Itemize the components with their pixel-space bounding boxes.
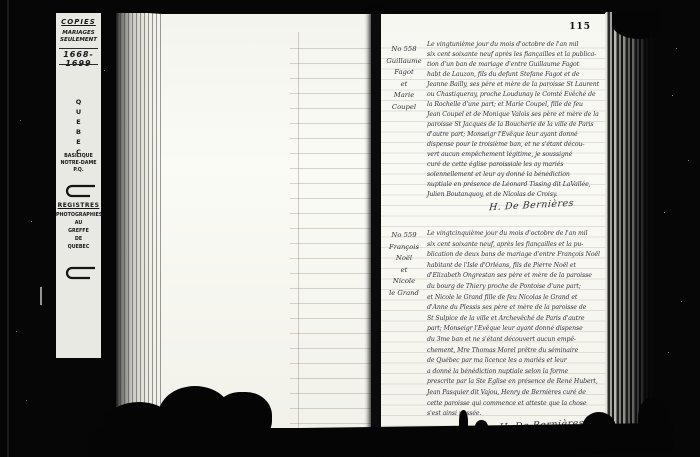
- register-right-page: 115 No 558GuillaumeFagotetMarieCoupel Le…: [381, 14, 605, 444]
- book-gutter-shadow: [371, 11, 381, 448]
- page-number: 115: [569, 22, 591, 32]
- shadow-bump: [327, 430, 339, 440]
- margin-note-line: Guillaume: [383, 56, 425, 68]
- handwritten-line: six cent soixante neuf, après les fiança…: [427, 240, 605, 251]
- handwritten-line: Julien Boutanquoy, et de Nicolas de Croi…: [427, 190, 605, 200]
- paperclip-icon: [63, 183, 97, 199]
- label-registry-line: AU: [56, 220, 101, 228]
- handwritten-line: dispense pour le troisième ban, et ne s'…: [427, 140, 605, 150]
- label-vertical-letter: B: [56, 127, 101, 137]
- handwritten-line: part; Monseigr l'Evêque leur ayant donné…: [427, 324, 605, 335]
- handwritten-line: d'Anne du Plessis ses père et mère de la…: [427, 303, 605, 314]
- handwritten-line: St Sulpice de la ville et Archevêché de …: [427, 314, 605, 325]
- label-years-range: 1668-1699: [56, 50, 101, 68]
- label-registry-line: PHOTOGRAPHIES: [56, 212, 101, 220]
- label-vertical-letter: E: [56, 137, 101, 147]
- handwritten-line: nuptiale en présence de Léonard Tissing …: [427, 180, 605, 190]
- handwritten-line: de Québec par ma licence les a mariés et…: [427, 356, 605, 367]
- handwritten-line: Jean Coupel et de Monique Valois ses pèr…: [427, 110, 605, 120]
- label-registry-location: PHOTOGRAPHIESAUGREFFEDEQUEBEC: [56, 212, 101, 252]
- label-divider: [59, 64, 98, 65]
- book-binding-edge: [116, 13, 162, 443]
- book-fore-edge-pages: [605, 12, 653, 450]
- film-scratch-mark: [40, 287, 42, 305]
- margin-note-line: Coupel: [383, 102, 425, 114]
- handwritten-line: cette paroisse qui commence et atteste q…: [427, 399, 605, 410]
- label-subtitle-line: SEULEMENT: [56, 37, 101, 44]
- label-registres-title: REGISTRES: [56, 202, 101, 209]
- margin-note-line: Noël: [383, 253, 425, 265]
- handwritten-line: curé de cette église paroissiale les ay …: [427, 160, 605, 170]
- handwritten-line: Le vingtunième jour du mois d'octobre de…: [427, 40, 605, 50]
- label-quebec-vertical: QUEBEC: [56, 97, 101, 157]
- label-vertical-letter: U: [56, 107, 101, 117]
- shadow-bump: [459, 410, 468, 436]
- shadow-bump: [398, 429, 409, 440]
- archive-label-strip: COPIES MARIAGESSEULEMENT 1668-1699 QUEBE…: [56, 13, 101, 358]
- entry-559-margin-notes: No 559FrançoisNoëletNicolele Grand: [383, 230, 425, 299]
- label-vertical-letter: Q: [56, 97, 101, 107]
- handwritten-line: habitant de l'Isle d'Orléans, fils de Pi…: [427, 261, 605, 272]
- dust-speckles: [0, 0, 1, 1]
- handwritten-line: a donné la bénédiction nuptiale selon la…: [427, 367, 605, 378]
- handwritten-line: du bourg de Thiery proche de Pontoise d'…: [427, 282, 605, 293]
- label-registry-line: GREFFE: [56, 228, 101, 236]
- handwritten-line: habt de Lauzon, fils du defunt Stefane F…: [427, 70, 605, 80]
- margin-note-line: No 559: [383, 230, 425, 242]
- handwritten-line: vert aucun empêchement légitime, je sous…: [427, 150, 605, 160]
- ruled-lines: [290, 34, 372, 433]
- handwritten-line: chement, Mre Thomas Morel prêtre du sémi…: [427, 346, 605, 357]
- entry-559-handwritten-text: Le vingtcinquième jour du mois d'octobre…: [427, 229, 605, 420]
- label-copies-title: COPIES: [56, 18, 101, 26]
- margin-note-line: Nicole: [383, 276, 425, 288]
- label-parish-line: P.Q.: [56, 167, 101, 174]
- margin-note-line: Fagot: [383, 67, 425, 79]
- handwritten-line: Jean Pasquier dit Vajou, Henry de Berniè…: [427, 388, 605, 399]
- shadow-bump: [582, 412, 616, 444]
- label-subtitle-line: MARIAGES: [56, 30, 101, 37]
- margin-note-line: Marie: [383, 90, 425, 102]
- entry-558-margin-notes: No 558GuillaumeFagotetMarieCoupel: [383, 44, 425, 113]
- entry-558-handwritten-text: Le vingtunième jour du mois d'octobre de…: [427, 40, 605, 200]
- film-edge-line: [7, 0, 9, 457]
- handwritten-line: solennellement et leur ay donné la bénéd…: [427, 170, 605, 180]
- margin-note-line: No 558: [383, 44, 425, 56]
- handwritten-line: paroisse St Jacques de la Boucherie de l…: [427, 120, 605, 130]
- margin-note-line: et: [383, 79, 425, 91]
- label-registry-line: QUEBEC: [56, 244, 101, 252]
- shadow-bump: [638, 398, 668, 450]
- handwritten-line: d'Elizabeth Ongrestan ses père et mère d…: [427, 271, 605, 282]
- handwritten-line: blication de deux bans de mariage d'entr…: [427, 250, 605, 261]
- handwritten-line: prescrite par la Ste Eglise en présence …: [427, 377, 605, 388]
- handwritten-line: ou Chastiqueray, proche Loudunay le Comt…: [427, 90, 605, 100]
- label-divider: [59, 48, 98, 49]
- label-parish-name: BASILIQUENOTRE-DAMEP.Q.: [56, 153, 101, 174]
- handwritten-line: six cent soixante neuf après les fiançai…: [427, 50, 605, 60]
- label-mariages-subtitle: MARIAGESSEULEMENT: [56, 30, 101, 44]
- label-registry-line: DE: [56, 236, 101, 244]
- handwritten-line: Le vingtcinquième jour du mois d'octobre…: [427, 229, 605, 240]
- shadow-bump: [475, 420, 488, 434]
- handwritten-line: d'autre part; Monseigr l'Evêque leur aya…: [427, 130, 605, 140]
- label-parish-line: BASILIQUE: [56, 153, 101, 160]
- handwritten-line: Jeanne Bailly, ses père et mère de la pa…: [427, 80, 605, 90]
- margin-rule-line: [298, 32, 299, 431]
- label-vertical-letter: E: [56, 117, 101, 127]
- margin-note-line: François: [383, 242, 425, 254]
- handwritten-line: tion d'un ban de mariage d'entre Guillau…: [427, 60, 605, 70]
- microfilm-scan-frame: COPIES MARIAGESSEULEMENT 1668-1699 QUEBE…: [0, 0, 700, 457]
- handwritten-line: du 3me ban et ne s'étant découvert aucun…: [427, 335, 605, 346]
- margin-note-line: et: [383, 265, 425, 277]
- paperclip-icon: [63, 265, 97, 281]
- handwritten-line: la Rochelle d'une part; et Marie Coupel,…: [427, 100, 605, 110]
- label-parish-line: NOTRE-DAME: [56, 160, 101, 167]
- handwritten-line: et Nicole le Grand fille de feu Nicolas …: [427, 293, 605, 304]
- margin-note-line: le Grand: [383, 288, 425, 300]
